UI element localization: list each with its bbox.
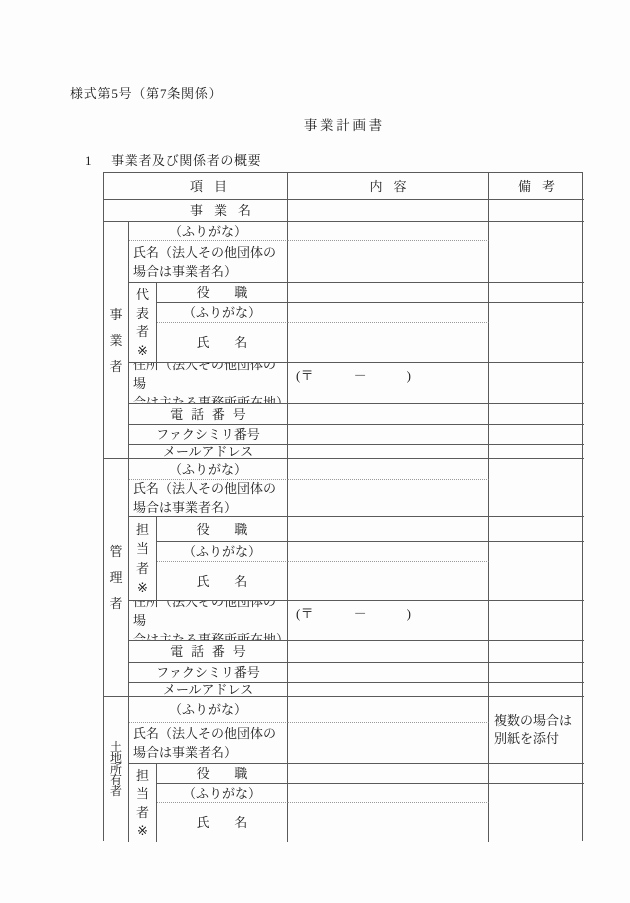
operator-address-input-cell[interactable]: (〒 － ) [288, 363, 489, 404]
header-content: 内容 [288, 173, 489, 200]
landowner-rep-name-label: 氏名 [157, 803, 288, 842]
operator-furigana-label: （ふりがな） [129, 222, 288, 241]
business-name-label: 事業名 [104, 200, 288, 222]
header-remarks: 備考 [489, 173, 584, 200]
landowner-position-label: 役職 [157, 764, 288, 784]
operator-phone-label: 電話番号 [129, 404, 288, 425]
manager-name-remarks-cell[interactable] [489, 459, 584, 517]
landowner-remark: 複数の場合は 別紙を添付 [489, 697, 584, 764]
landowner-name-label: 氏名（法人その他団体の 場合は事業者名） [129, 723, 288, 764]
manager-fax-remarks-cell[interactable] [489, 663, 584, 683]
operator-email-label: メールアドレス [129, 445, 288, 459]
form-number: 様式第5号（第7条関係） [70, 83, 222, 102]
manager-rep-furigana-label: （ふりがな） [157, 542, 288, 562]
landowner-furigana-input-cell[interactable] [288, 697, 489, 723]
operator-fax-input-cell[interactable] [288, 425, 489, 445]
manager-furigana-label: （ふりがな） [129, 459, 288, 480]
operator-address-remarks-cell[interactable] [489, 363, 584, 404]
manager-name-label: 氏名（法人その他団体の 場合は事業者名） [129, 480, 288, 517]
landowner-name-input-cell[interactable] [288, 723, 489, 764]
operator-rep-furigana-input-cell[interactable] [288, 303, 489, 323]
operator-fax-remarks-cell[interactable] [489, 425, 584, 445]
manager-email-label: メールアドレス [129, 683, 288, 697]
manager-phone-label: 電話番号 [129, 641, 288, 663]
manager-section-label: 管理者 [104, 459, 129, 697]
business-name-remarks-cell[interactable] [489, 200, 584, 222]
manager-position-input-cell[interactable] [288, 517, 489, 542]
operator-email-remarks-cell[interactable] [489, 445, 584, 459]
operator-rep-name-remarks-cell[interactable] [489, 303, 584, 363]
operator-name-remarks-cell[interactable] [489, 222, 584, 283]
manager-name-input-cell[interactable] [288, 480, 489, 517]
operator-phone-input-cell[interactable] [288, 404, 489, 425]
manager-email-remarks-cell[interactable] [489, 683, 584, 697]
manager-rep-furigana-input-cell[interactable] [288, 542, 489, 562]
manager-email-input-cell[interactable] [288, 683, 489, 697]
manager-address-label: 住所（法人その他団体の場 合は主たる事務所所在地） [129, 601, 288, 641]
header-item: 項目 [104, 173, 288, 200]
operator-officer-label: 代表者※ [129, 283, 157, 363]
manager-address-input-cell[interactable]: (〒 － ) [288, 601, 489, 641]
manager-phone-input-cell[interactable] [288, 641, 489, 663]
manager-rep-name-input-cell[interactable] [288, 562, 489, 601]
operator-rep-name-input-cell[interactable] [288, 323, 489, 363]
landowner-position-input-cell[interactable] [288, 764, 489, 784]
landowner-rep-furigana-input-cell[interactable] [288, 784, 489, 803]
operator-position-remarks-cell[interactable] [489, 283, 584, 303]
manager-address-remarks-cell[interactable] [489, 601, 584, 641]
business-name-input-cell[interactable] [288, 200, 489, 222]
manager-rep-name-remarks-cell[interactable] [489, 542, 584, 601]
manager-officer-label: 担当者※ [129, 517, 157, 601]
landowner-rep-name-input-cell[interactable] [288, 803, 489, 842]
operator-phone-remarks-cell[interactable] [489, 404, 584, 425]
manager-position-remarks-cell[interactable] [489, 517, 584, 542]
landowner-position-remarks-cell[interactable] [489, 764, 584, 784]
operator-position-label: 役職 [157, 283, 288, 303]
manager-fax-label: ファクシミリ番号 [129, 663, 288, 683]
landowner-rep-name-remarks-cell[interactable] [489, 784, 584, 842]
operator-address-label: 住所（法人その他団体の場 合は主たる事務所所在地） [129, 363, 288, 404]
manager-position-label: 役職 [157, 517, 288, 542]
operator-rep-name-label: 氏名 [157, 323, 288, 363]
manager-rep-name-label: 氏名 [157, 562, 288, 601]
section-number: 1 [85, 153, 92, 169]
section-title: 事業者及び関係者の概要 [111, 150, 261, 169]
operator-section-label: 事業者 [104, 222, 129, 459]
operator-name-input-cell[interactable] [288, 241, 489, 283]
landowner-rep-furigana-label: （ふりがな） [157, 784, 288, 803]
landowner-section-label: 土地所有者 [104, 697, 129, 842]
manager-furigana-input-cell[interactable] [288, 459, 489, 480]
operator-rep-furigana-label: （ふりがな） [157, 303, 288, 323]
document-title: 事業計画書 [103, 114, 583, 134]
manager-phone-remarks-cell[interactable] [489, 641, 584, 663]
landowner-officer-label: 担当者※ [129, 764, 157, 842]
landowner-furigana-label: （ふりがな） [129, 697, 288, 723]
operator-fax-label: ファクシミリ番号 [129, 425, 288, 445]
overview-table: 項目 内容 備考 事業名 事業者 （ふりがな） 氏名（法人その他団体の 場合は事… [103, 172, 583, 841]
operator-name-label: 氏名（法人その他団体の 場合は事業者名） [129, 241, 288, 283]
manager-fax-input-cell[interactable] [288, 663, 489, 683]
document-page: { "page": { "form_number": "様式第5号（第7条関係）… [0, 0, 630, 903]
operator-position-input-cell[interactable] [288, 283, 489, 303]
section-heading: 1 事業者及び関係者の概要 [85, 150, 261, 169]
operator-email-input-cell[interactable] [288, 445, 489, 459]
operator-furigana-input-cell[interactable] [288, 222, 489, 241]
